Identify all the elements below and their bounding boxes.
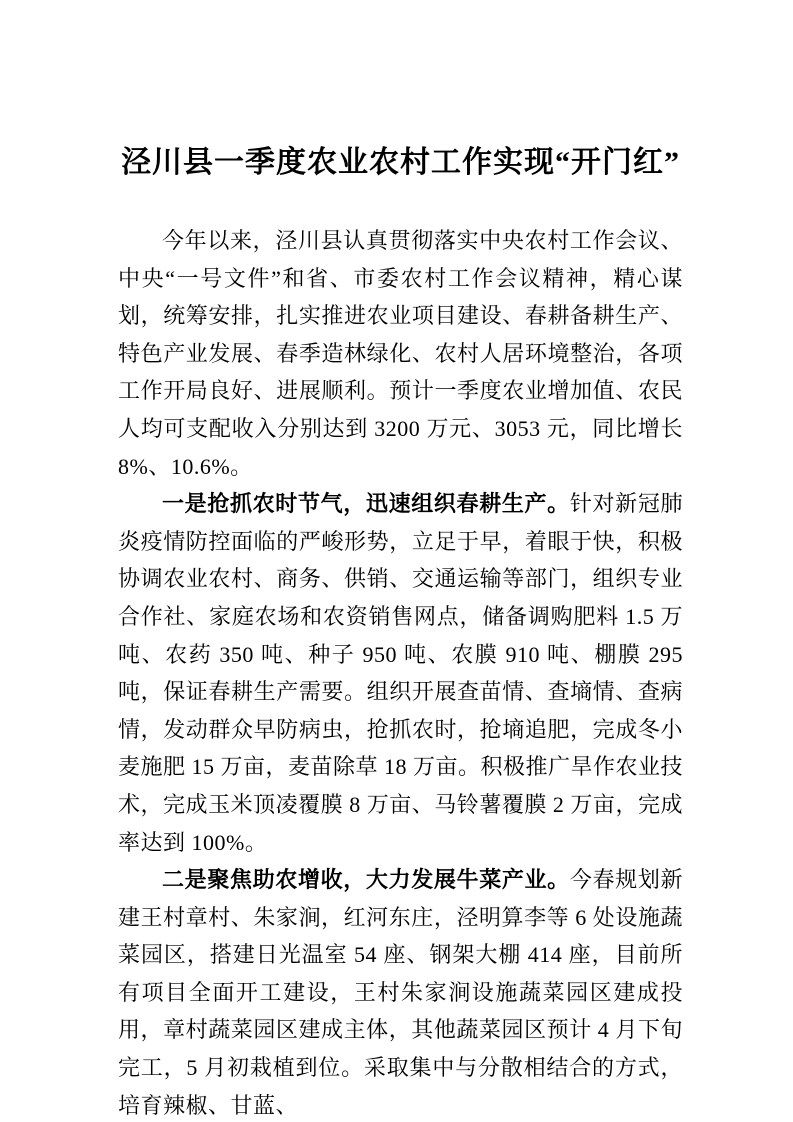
paragraph-cattle-vegetable: 二是聚焦助农增收，大力发展牛菜产业。今春规划新建王村章村、朱家涧，红河东庄，泾明… bbox=[118, 861, 683, 1122]
paragraph-spring-farming: 一是抢抓农时节气，迅速组织春耕生产。针对新冠肺炎疫情防控面临的严峻形势，立足于早… bbox=[118, 485, 683, 861]
paragraph-cattle-vegetable-text: 今春规划新建王村章村、朱家涧，红河东庄，泾明算李等 6 处设施蔬菜园区，搭建日光… bbox=[118, 867, 683, 1118]
document-content: 泾川县一季度农业农村工作实现“开门红” 今年以来，泾川县认真贯彻落实中央农村工作… bbox=[118, 142, 683, 1122]
paragraph-spring-farming-lead: 一是抢抓农时节气，迅速组织春耕生产。 bbox=[162, 491, 570, 516]
paragraph-intro-text: 今年以来，泾川县认真贯彻落实中央农村工作会议、中央“一号文件”和省、市委农村工作… bbox=[118, 228, 683, 479]
document-title: 泾川县一季度农业农村工作实现“开门红” bbox=[118, 142, 683, 184]
document-page: 泾川县一季度农业农村工作实现“开门红” 今年以来，泾川县认真贯彻落实中央农村工作… bbox=[0, 0, 793, 1122]
paragraph-cattle-vegetable-lead: 二是聚焦助农增收，大力发展牛菜产业。 bbox=[162, 867, 570, 892]
paragraph-intro: 今年以来，泾川县认真贯彻落实中央农村工作会议、中央“一号文件”和省、市委农村工作… bbox=[118, 222, 683, 485]
paragraph-spring-farming-text: 针对新冠肺炎疫情防控面临的严峻形势，立足于早，着眼于快，积极协调农业农村、商务、… bbox=[118, 491, 683, 854]
